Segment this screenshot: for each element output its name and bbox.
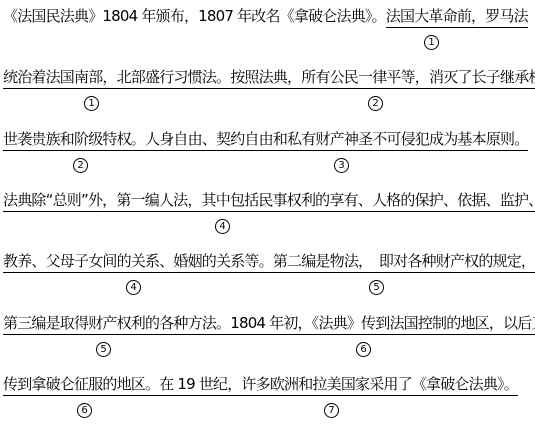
underlined-segment-1: 统治着法国南部，北部盛行习惯法。 <box>3 68 230 89</box>
underlined-segment-4: 法典除“总则”外，第一编人法，其中包括民事权利的享有、人格的保护、依据、监护、 <box>3 191 535 212</box>
plain-text-segment: 《法国民法典》1804 年颁布，1807 年改名《拿破仑法典》。 <box>3 7 386 25</box>
circled-number-5: 5 <box>96 342 111 357</box>
underlined-segment-1: 法国大革命前，罗马法 <box>386 7 528 28</box>
text-line: 世袭贵族和阶级特权。人身自由、契约自由和私有财产神圣不可侵犯成为基本原则。 <box>3 129 533 149</box>
underlined-segment-5: 第三编是取得财产权利的各种方法。 <box>3 314 230 335</box>
underlined-segment-4: 教养、父母子女间的关系、婚姻的关系等。 <box>3 252 273 273</box>
circled-number-2: 2 <box>73 158 88 173</box>
underlined-segment-2: 按照法典，所有公民一律平等，消灭了长子继承权、 <box>230 68 535 89</box>
document-page: 《法国民法典》1804 年颁布，1807 年改名《拿破仑法典》。法国大革命前，罗… <box>0 0 535 428</box>
circled-number-6: 6 <box>77 403 92 418</box>
circled-number-1: 1 <box>84 96 99 111</box>
circled-number-6: 6 <box>356 342 371 357</box>
circled-number-5: 5 <box>369 280 384 295</box>
circled-number-4: 4 <box>126 280 141 295</box>
underlined-segment-3: 人身自由、契约自由和私有财产神圣不可侵犯成为基本原则。 <box>145 130 528 151</box>
circled-number-2: 2 <box>368 96 383 111</box>
text-line: 传到拿破仑征服的地区。在 19 世纪，许多欧洲和拉美国家采用了《拿破仑法典》。 <box>3 374 533 394</box>
text-line: 第三编是取得财产权利的各种方法。1804 年初，《法典》传到法国控制的地区，以后… <box>3 313 533 333</box>
text-line: 教养、父母子女间的关系、婚姻的关系等。第二编是物法， 即对各种财产权的规定， <box>3 251 533 271</box>
underlined-segment-7: 在 19 世纪，许多欧洲和拉美国家采用了《拿破仑法典》。 <box>159 375 518 396</box>
text-line: 统治着法国南部，北部盛行习惯法。按照法典，所有公民一律平等，消灭了长子继承权、 <box>3 67 533 87</box>
circled-number-4: 4 <box>215 219 230 234</box>
underlined-segment-5: 第二编是物法， 即对各种财产权的规定， <box>273 252 535 273</box>
circled-number-1: 1 <box>424 35 439 50</box>
text-line: 法典除“总则”外，第一编人法，其中包括民事权利的享有、人格的保护、依据、监护、 <box>3 190 533 210</box>
circled-number-3: 3 <box>334 158 349 173</box>
underlined-segment-6: 传到拿破仑征服的地区。 <box>3 375 159 396</box>
underlined-segment-6: 1804 年初，《法典》传到法国控制的地区，以后又 <box>230 314 535 335</box>
text-line: 《法国民法典》1804 年颁布，1807 年改名《拿破仑法典》。法国大革命前，罗… <box>3 6 533 26</box>
underlined-segment-2: 世袭贵族和阶级特权。 <box>3 130 145 151</box>
circled-number-7: 7 <box>324 403 339 418</box>
